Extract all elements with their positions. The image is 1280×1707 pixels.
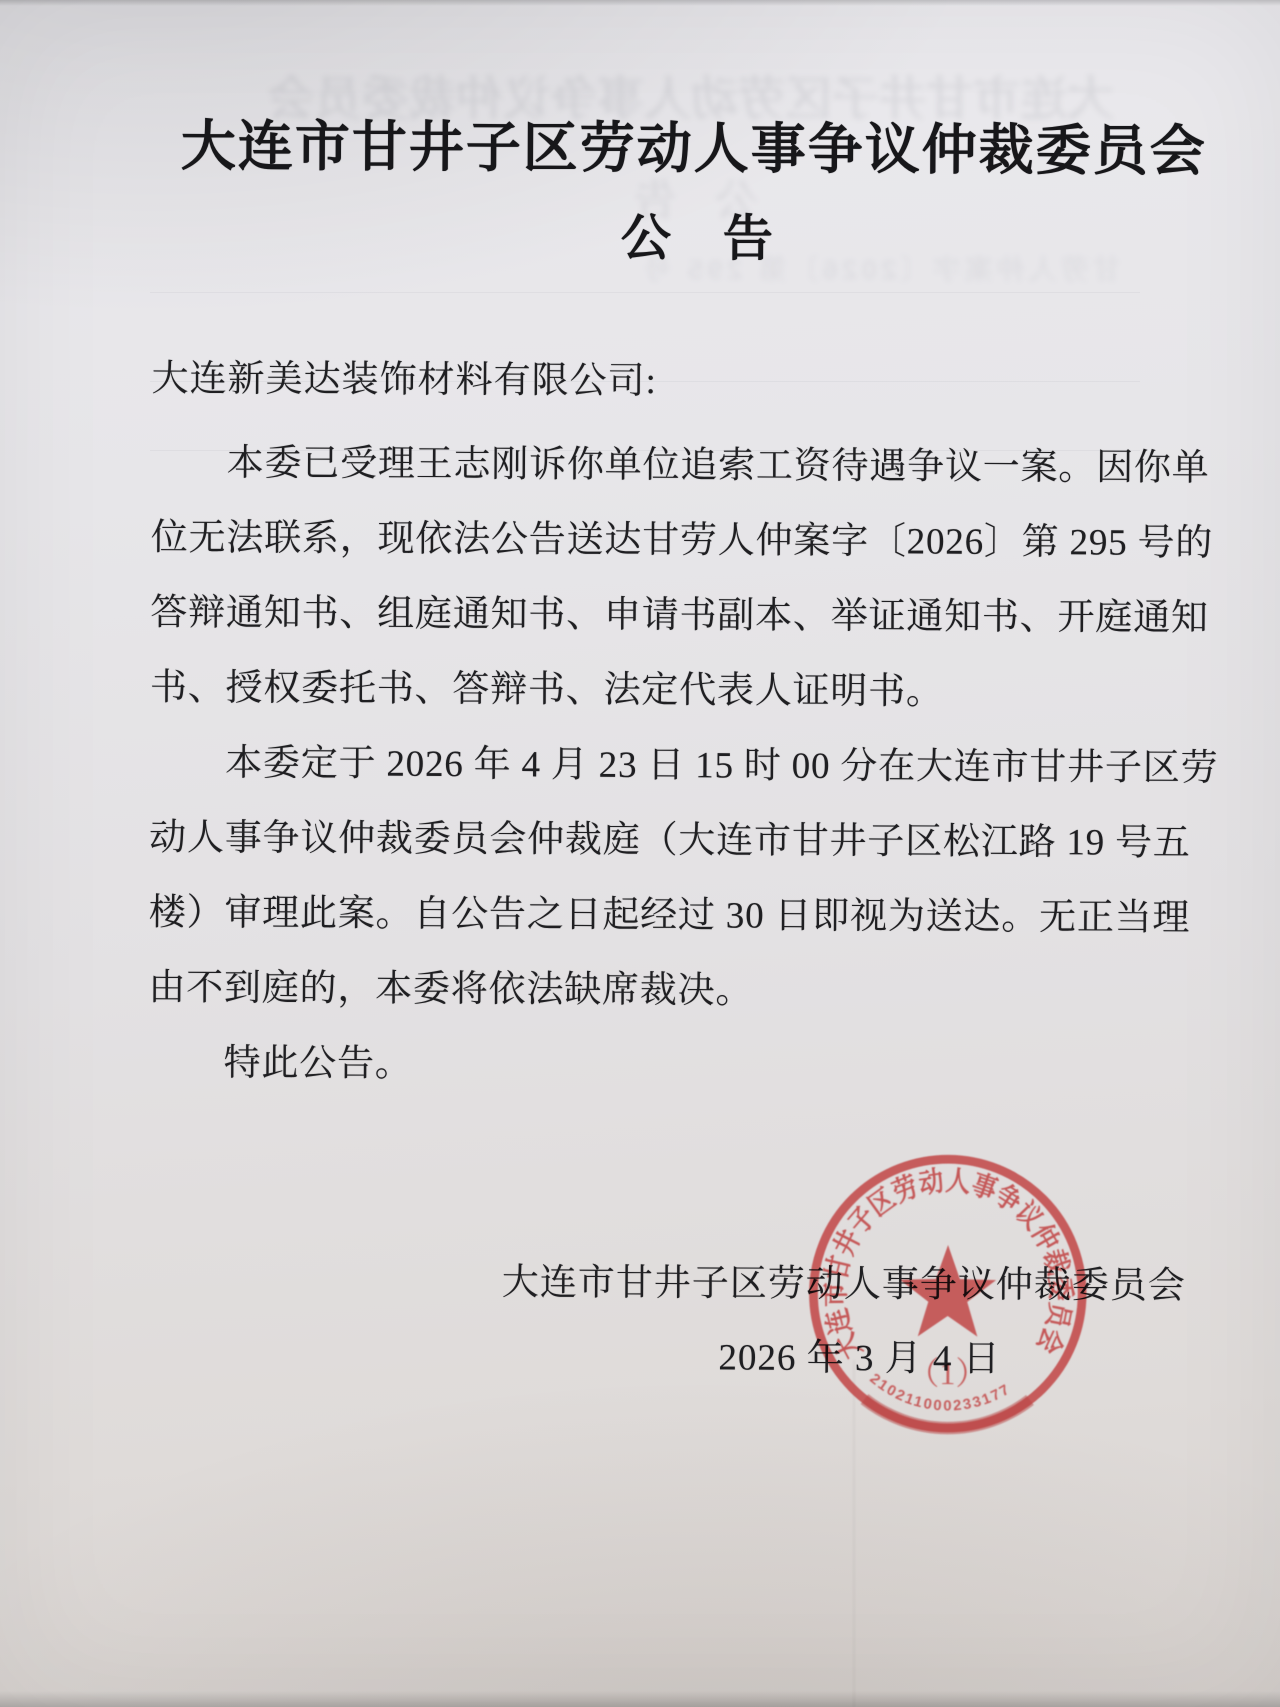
body-line: 书、授权委托书、答辩书、法定代表人证明书。 xyxy=(150,650,1160,730)
body-line: 位无法联系，现依法公告送达甘劳人仲案字〔2026〕第 295 号的 xyxy=(151,500,1161,580)
document-title: 大连市甘井子区劳动人事争议仲裁委员会 xyxy=(54,101,1280,187)
body-line: 动人事争议仲裁委员会仲裁庭（大连市甘井子区松江路 19 号五 xyxy=(149,800,1159,880)
addressee-line: 大连新美达装饰材料有限公司: xyxy=(151,347,657,404)
document-subtitle: 公 告 xyxy=(57,195,1280,274)
notice-body: 本委已受理王志刚诉你单位追索工资待遇争议一案。因你单 位无法联系，现依法公告送达… xyxy=(148,425,1162,1105)
body-line: 本委定于 2026 年 4 月 23 日 15 时 00 分在大连市甘井子区劳 xyxy=(149,725,1159,805)
star-icon xyxy=(899,1245,996,1337)
body-line: 特此公告。 xyxy=(148,1025,1158,1105)
official-seal-stamp: 大连市甘井子区劳动人事争议仲裁委员会 （1） 210211000233177 xyxy=(801,1147,1095,1441)
body-line: 本委已受理王志刚诉你单位追索工资待遇争议一案。因你单 xyxy=(151,425,1161,505)
body-line: 答辩通知书、组庭通知书、申请书副本、举证通知书、开庭通知 xyxy=(150,575,1160,655)
document-photo: 大连市甘井子区劳动人事争议仲裁委员会 公 告 甘劳人仲案字〔2026〕第 295… xyxy=(0,0,1280,1707)
notice-document: 大连市甘井子区劳动人事争议仲裁委员会 公 告 大连新美达装饰材料有限公司: 本委… xyxy=(0,0,1280,1707)
body-line: 由不到庭的，本委将依法缺席裁决。 xyxy=(148,950,1158,1030)
seal-copy-number: （1） xyxy=(907,1355,987,1391)
body-line: 楼）审理此案。自公告之日起经过 30 日即视为送达。无正当理 xyxy=(149,875,1159,955)
